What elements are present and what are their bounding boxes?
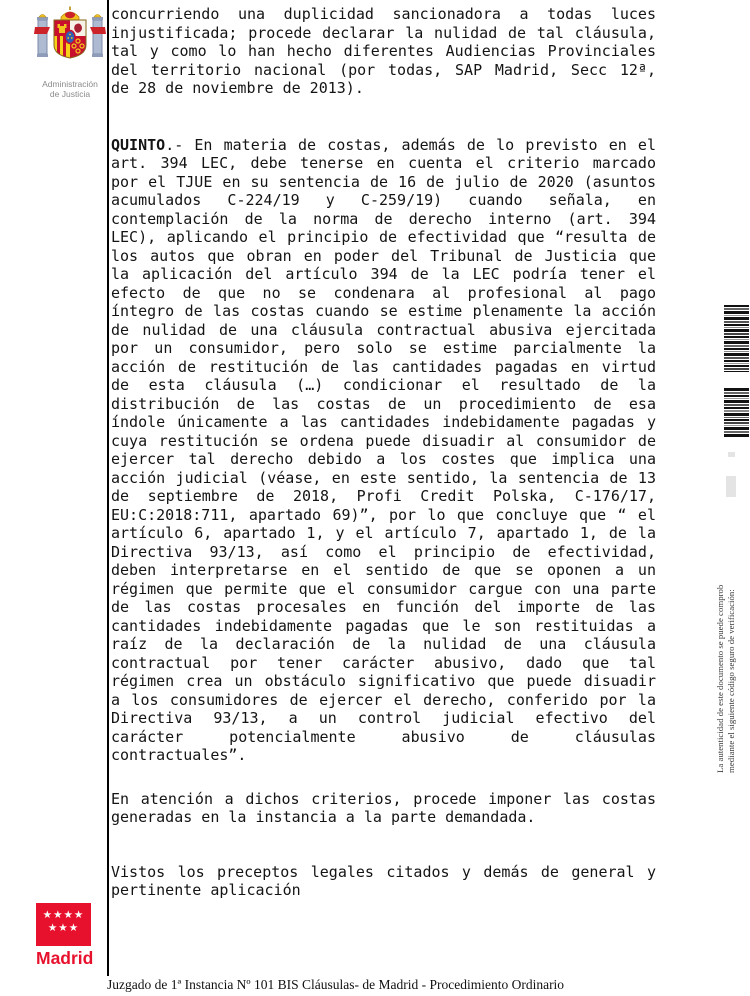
text-line: de septiembre de 2018, Profi Credit Pols…	[111, 487, 656, 506]
faint-print-artifact	[726, 476, 736, 497]
text-line: contemplación de la norma de derecho int…	[111, 210, 656, 229]
section-heading: QUINTO	[111, 136, 165, 154]
barcode-bottom	[724, 388, 749, 437]
authenticity-note: La autenticidad de este documento se pue…	[715, 543, 741, 773]
text-line: por el TJUE en su sentencia de 16 de jul…	[111, 173, 656, 192]
text-line: de nulidad de una cláusula contractual a…	[111, 321, 656, 340]
madrid-community-logo: ★★★★ ★★★ Madrid	[36, 903, 92, 969]
document-page: Administración de Justicia concurriendo …	[0, 0, 750, 996]
paragraph: Vistos los preceptos legales citados y d…	[111, 863, 656, 900]
text-line: contractuales”.	[111, 746, 656, 765]
madrid-stars-top: ★★★★	[36, 909, 91, 922]
text-line: índole únicamente a las cantidades indeb…	[111, 413, 656, 432]
text-line: cuya restitución se ordena puede disuadi…	[111, 432, 656, 451]
spain-coat-of-arms-icon	[34, 6, 106, 72]
org-name-line2: de Justicia	[33, 89, 107, 99]
paragraph: QUINTO.- En materia de costas, además de…	[111, 136, 656, 765]
authenticity-line1: La autenticidad de este documento se pue…	[715, 543, 726, 773]
text-line: raíz de la declaración de la nulidad de …	[111, 635, 656, 654]
text-line: Directiva 93/13, a un control judicial e…	[111, 709, 656, 728]
authenticity-note-text: La autenticidad de este documento se pue…	[715, 543, 741, 773]
text-line: acción judicial (véase, en este sentido,…	[111, 469, 656, 488]
text-line: distribución de las costas de un procedi…	[111, 395, 656, 414]
text-line: efecto de que no se condenara al profesi…	[111, 284, 656, 303]
text-line: deben interpretarse en el sentido de que…	[111, 561, 656, 580]
text-line: régimen que permite que el consumidor ca…	[111, 580, 656, 599]
madrid-label: Madrid	[36, 948, 92, 969]
text-line: de 28 de noviembre de 2013).	[111, 79, 656, 98]
paragraph: En atención a dichos criterios, procede …	[111, 790, 656, 827]
justice-administration-logo: Administración de Justicia	[33, 6, 107, 99]
text-line: generadas en la instancia a la parte dem…	[111, 808, 656, 827]
text-line: art. 394 LEC, debe tenerse en cuenta el …	[111, 154, 656, 173]
text-line: de esta cláusula (…) condicionar el resu…	[111, 376, 656, 395]
text-line: QUINTO.- En materia de costas, además de…	[111, 136, 656, 155]
text-line: de las costas procesales en función del …	[111, 598, 656, 617]
text-line: artículo 6, apartado 1, y el artículo 7,…	[111, 524, 656, 543]
madrid-flag-icon: ★★★★ ★★★	[36, 903, 91, 946]
faint-print-artifact	[728, 452, 735, 457]
text-line: En atención a dichos criterios, procede …	[111, 790, 656, 809]
text-line: la aplicación del artículo 394 de la LEC…	[111, 265, 656, 284]
court-footer-text: Juzgado de 1ª Instancia Nº 101 BIS Cláus…	[107, 977, 564, 993]
text-line: ejercer tal derecho debido a los costes …	[111, 450, 656, 469]
text-line: por un consumidor, pero solo se estime p…	[111, 339, 656, 358]
judgment-body-text: concurriendo una duplicidad sancionadora…	[111, 5, 656, 900]
text-line: íntegro de las costas cuando se estime p…	[111, 302, 656, 321]
text-line: carácter potencialmente abusivo de cláus…	[111, 728, 656, 747]
barcode-top	[724, 305, 749, 372]
text-line: Directiva 93/13, así como el principio d…	[111, 543, 656, 562]
org-name: Administración de Justicia	[33, 79, 107, 99]
text-line: Vistos los preceptos legales citados y d…	[111, 863, 656, 882]
text-line: injustificada; procede declarar la nulid…	[111, 24, 656, 43]
margin-divider-line	[107, 0, 109, 976]
text-line: pertinente aplicación	[111, 881, 656, 900]
text-line: a los consumidores de ejercer el derecho…	[111, 691, 656, 710]
text-line: LEC), aplicando el principio de efectivi…	[111, 228, 656, 247]
text-line: EU:C:2018:711, apartado 69)”, por lo que…	[111, 506, 656, 525]
text-line: del territorio nacional (por todas, SAP …	[111, 61, 656, 80]
text-line: acción de restitución de las cantidades …	[111, 358, 656, 377]
madrid-stars-bottom: ★★★	[36, 922, 91, 935]
text-line: los autos que obran en poder del Tribuna…	[111, 247, 656, 266]
text-line: acumulados C-224/19 y C-259/19) cuando s…	[111, 191, 656, 210]
paragraph: concurriendo una duplicidad sancionadora…	[111, 5, 656, 98]
text-line: régimen crea un obstáculo significativo …	[111, 672, 656, 691]
text-line: concurriendo una duplicidad sancionadora…	[111, 5, 656, 24]
authenticity-line2: mediante el siguiente código seguro de v…	[726, 543, 737, 773]
text-line: cantidades indebidamente pagadas que le …	[111, 617, 656, 636]
text-line: tal y como lo han hecho diferentes Audie…	[111, 42, 656, 61]
text-line: contractual por tener carácter abusivo, …	[111, 654, 656, 673]
org-name-line1: Administración	[33, 79, 107, 89]
